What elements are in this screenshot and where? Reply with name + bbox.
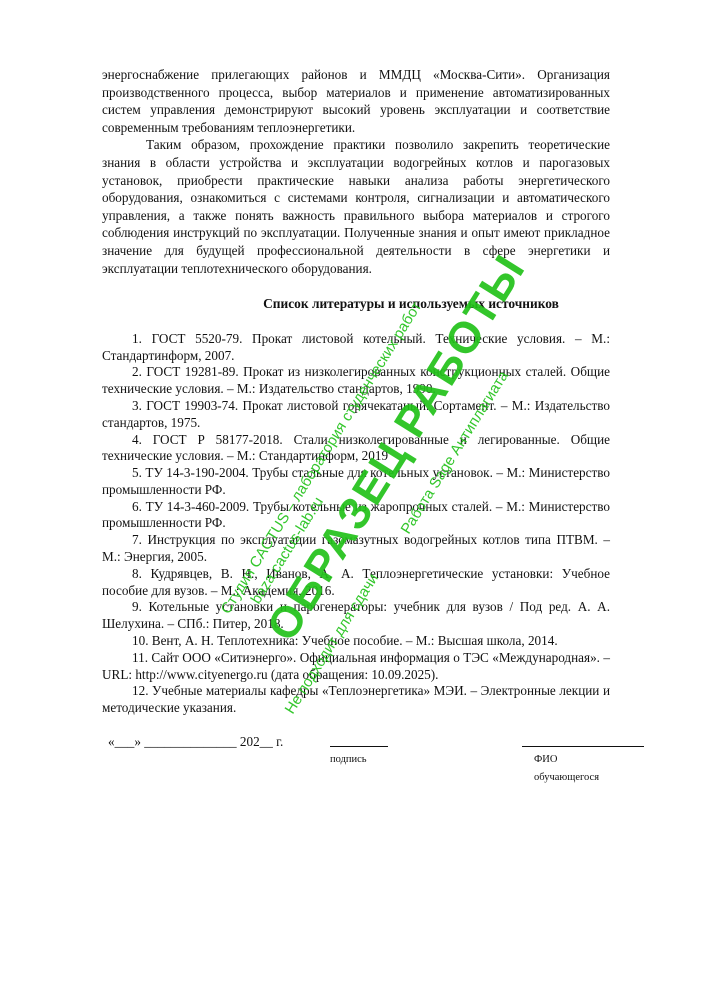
- reference-item: 12. Учебные материалы кафедры «Теплоэнер…: [102, 683, 610, 717]
- reference-item: 5. ТУ 14-3-190-2004. Трубы стальные для …: [102, 465, 610, 499]
- conclusion-paragraph: Таким образом, прохождение практики позв…: [102, 136, 610, 277]
- references-heading: Список литературы и используемых источни…: [102, 295, 610, 313]
- signature-block: «___» ______________ 202__ г. подпись ФИ…: [102, 733, 610, 773]
- signature-date: «___» ______________ 202__ г.: [108, 733, 283, 751]
- document-page: энергоснабжение прилегающих районов и ММ…: [102, 66, 610, 773]
- signature-caption: подпись: [330, 751, 367, 769]
- reference-item: 7. Инструкция по эксплуатации газомазутн…: [102, 532, 610, 566]
- name-caption: ФИО обучающегося: [534, 751, 610, 786]
- references-list: 1. ГОСТ 5520-79. Прокат листовой котельн…: [102, 331, 610, 717]
- reference-item: 8. Кудрявцев, В. Н., Иванов, А. А. Тепло…: [102, 566, 610, 600]
- signature-line: [330, 746, 388, 747]
- reference-item: 11. Сайт ООО «Ситиэнерго». Официальная и…: [102, 650, 610, 684]
- reference-item: 4. ГОСТ Р 58177-2018. Стали низколегиров…: [102, 432, 610, 466]
- reference-item: 9. Котельные установки и парогенераторы:…: [102, 599, 610, 633]
- reference-item: 1. ГОСТ 5520-79. Прокат листовой котельн…: [102, 331, 610, 365]
- intro-paragraph: энергоснабжение прилегающих районов и ММ…: [102, 66, 610, 136]
- reference-item: 2. ГОСТ 19281-89. Прокат из низколегиров…: [102, 364, 610, 398]
- reference-item: 3. ГОСТ 19903-74. Прокат листовой горяче…: [102, 398, 610, 432]
- reference-item: 10. Вент, А. Н. Теплотехника: Учебное по…: [102, 633, 610, 650]
- name-line: [522, 746, 644, 747]
- reference-item: 6. ТУ 14-3-460-2009. Трубы котельные из …: [102, 499, 610, 533]
